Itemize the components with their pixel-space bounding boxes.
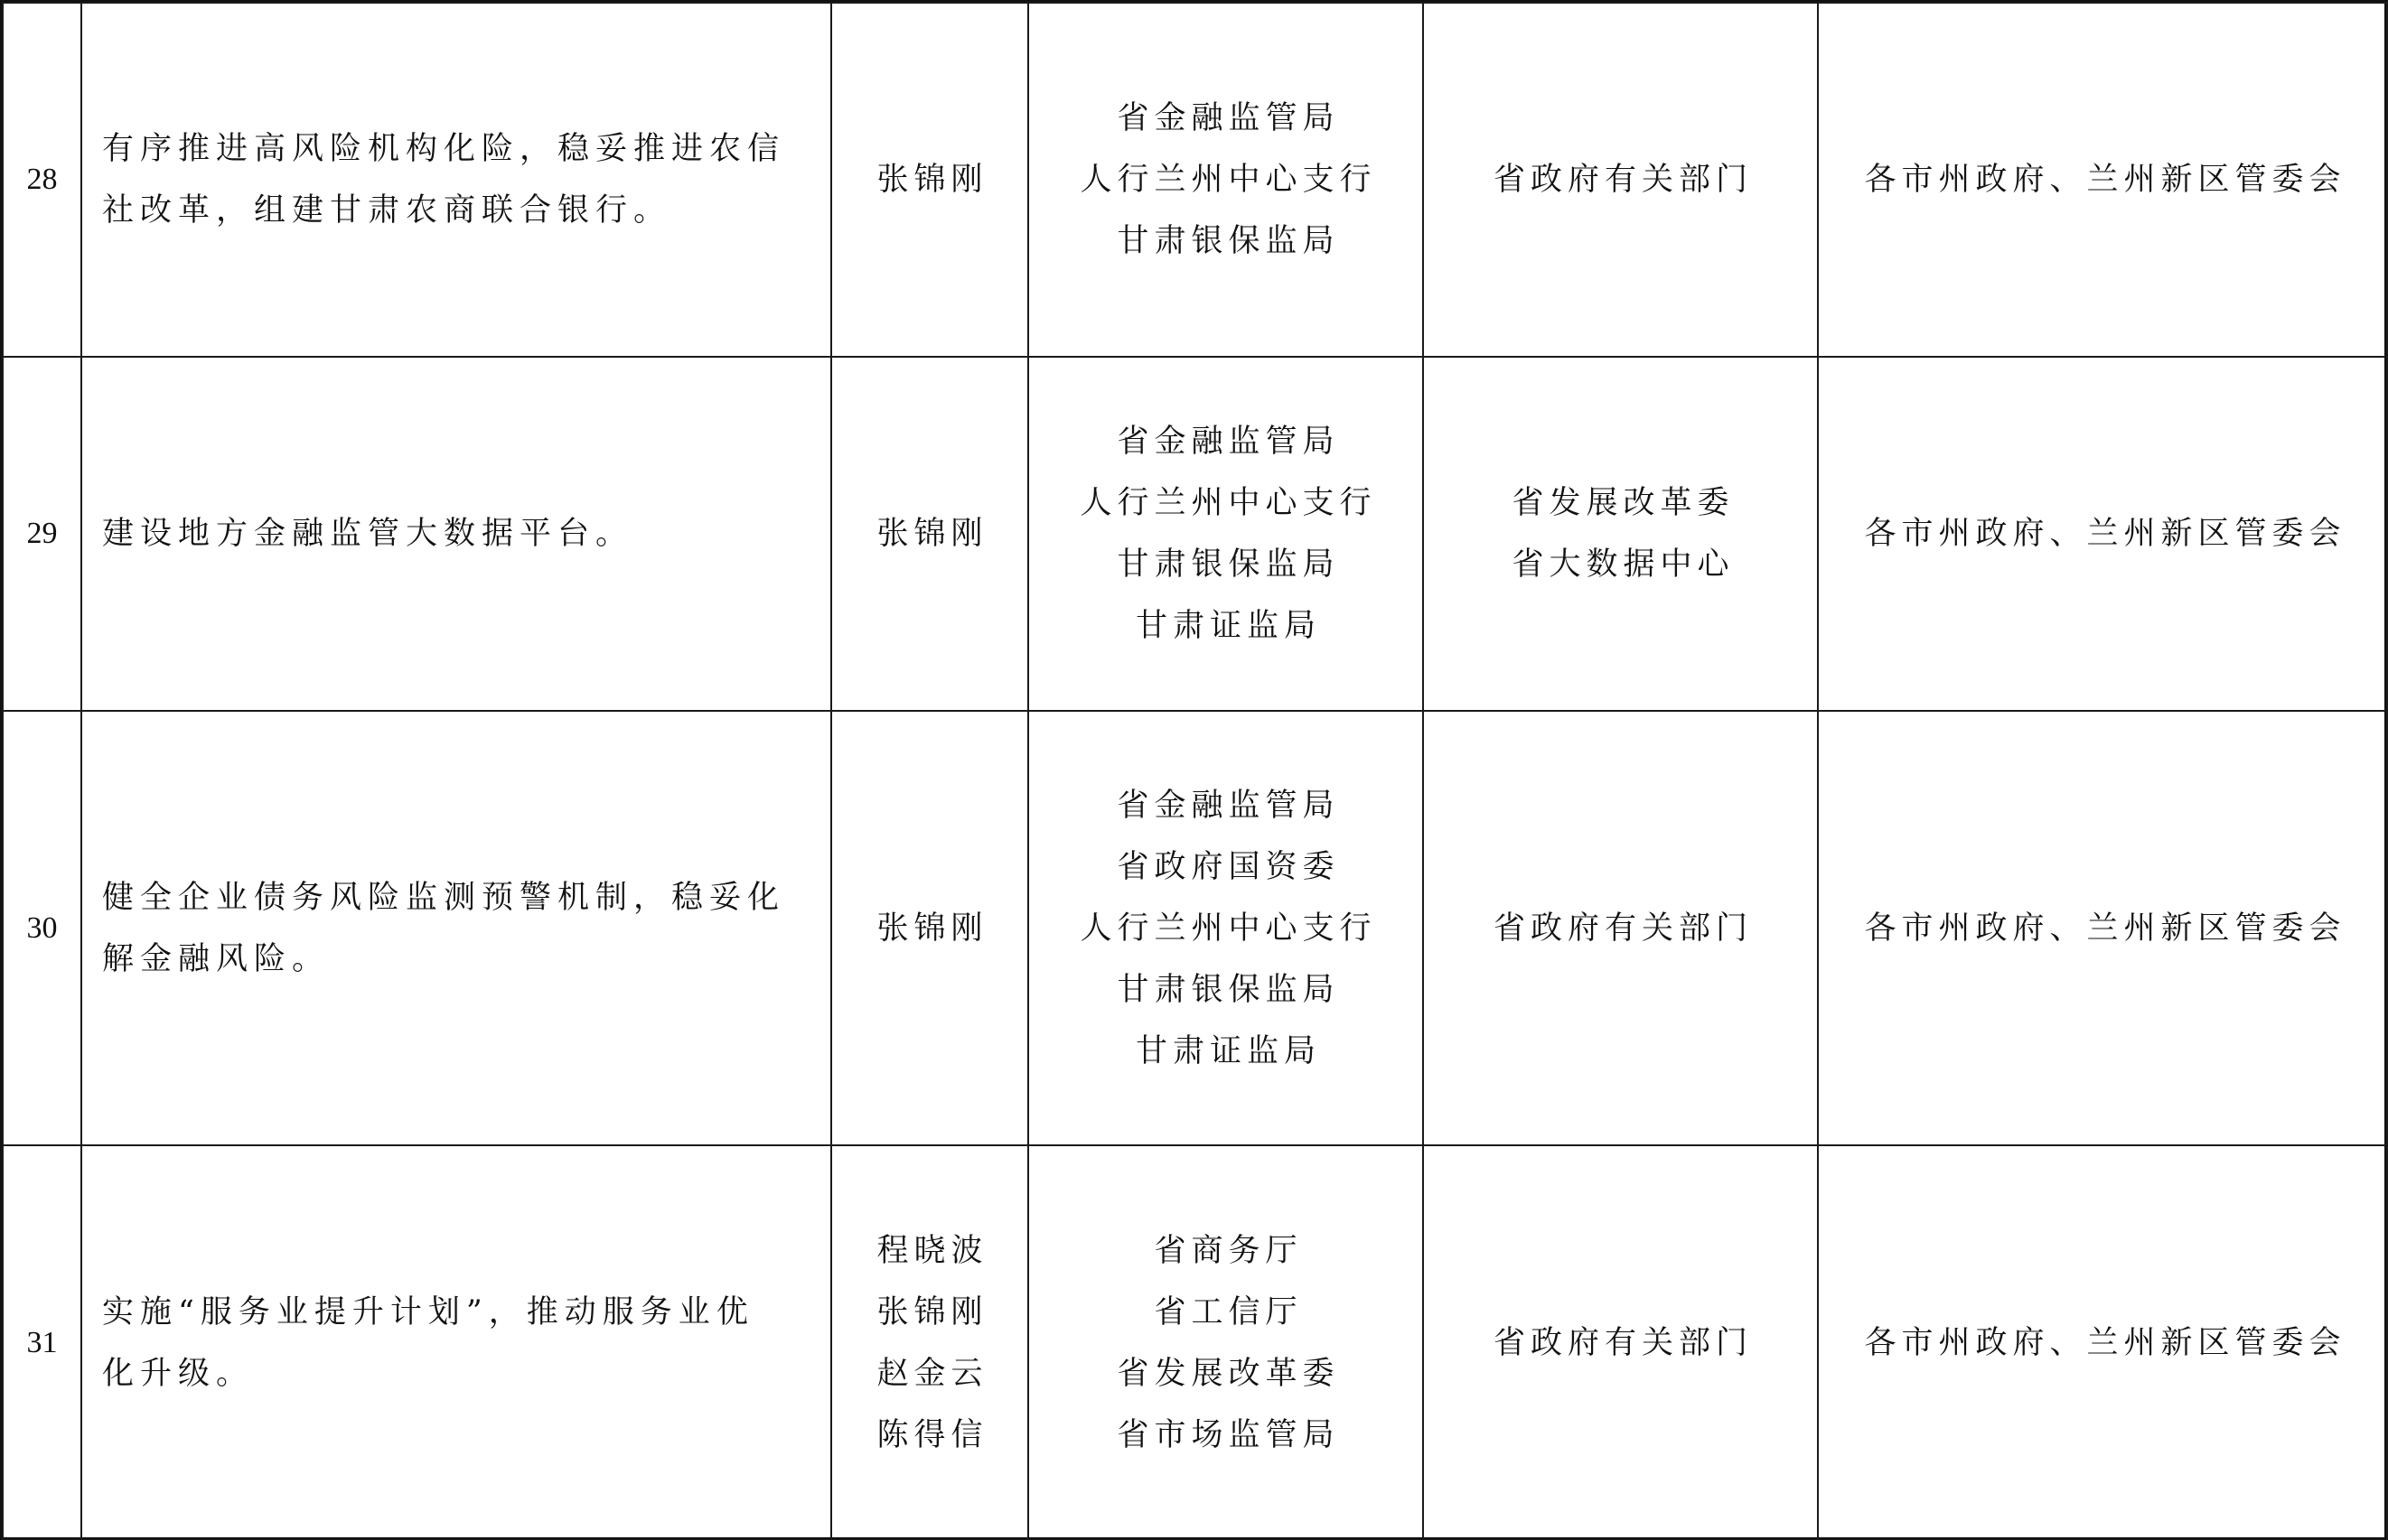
responsible-unit-cell-line: 各市州政府、兰州新区管委会 [1819, 503, 2386, 565]
participating-unit-cell: 省政府有关部门 [1423, 3, 1818, 357]
leader-cell-line: 张锦刚 [832, 503, 1027, 565]
participating-unit-cell-line: 省发展改革委 [1424, 472, 1817, 534]
participating-unit-cell: 省发展改革委省大数据中心 [1423, 357, 1818, 711]
leader-cell-line: 张锦刚 [832, 1282, 1027, 1343]
responsible-unit-cell-line: 各市州政府、兰州新区管委会 [1819, 898, 2386, 959]
leader-cell: 张锦刚 [831, 357, 1028, 711]
task-description-cell-line: 社改革，组建甘肃农商联合银行。 [102, 180, 821, 241]
lead-unit-cell-line: 人行兰州中心支行 [1029, 898, 1422, 959]
lead-unit-cell-line: 省金融监管局 [1029, 775, 1422, 836]
lead-unit-cell-line: 省金融监管局 [1029, 411, 1422, 472]
task-description-cell-line: 建设地方金融监管大数据平台。 [102, 503, 821, 565]
task-description-cell-line: 解金融风险。 [102, 929, 821, 990]
leader-cell-line: 程晓波 [832, 1220, 1027, 1282]
lead-unit-cell-line: 省发展改革委 [1029, 1343, 1422, 1405]
responsible-unit-cell: 各市州政府、兰州新区管委会 [1818, 3, 2387, 357]
lead-unit-cell-line: 甘肃银保监局 [1029, 534, 1422, 595]
task-description-cell-line: 有序推进高风险机构化险，稳妥推进农信 [102, 118, 821, 180]
task-description-cell: 有序推进高风险机构化险，稳妥推进农信社改革，组建甘肃农商联合银行。 [81, 3, 831, 357]
lead-unit-cell-line: 省市场监管局 [1029, 1405, 1422, 1466]
table-row: 28有序推进高风险机构化险，稳妥推进农信社改革，组建甘肃农商联合银行。张锦刚省金… [3, 3, 2387, 357]
lead-unit-cell: 省金融监管局省政府国资委人行兰州中心支行甘肃银保监局甘肃证监局 [1028, 711, 1423, 1145]
lead-unit-cell-line: 甘肃银保监局 [1029, 959, 1422, 1021]
lead-unit-cell-line: 甘肃银保监局 [1029, 210, 1422, 272]
leader-cell: 张锦刚 [831, 711, 1028, 1145]
row-number-cell: 30 [3, 711, 81, 1145]
task-assignment-table: 28有序推进高风险机构化险，稳妥推进农信社改革，组建甘肃农商联合银行。张锦刚省金… [2, 2, 2388, 1540]
responsible-unit-cell: 各市州政府、兰州新区管委会 [1818, 711, 2387, 1145]
participating-unit-cell: 省政府有关部门 [1423, 711, 1818, 1145]
table-row: 29建设地方金融监管大数据平台。张锦刚省金融监管局人行兰州中心支行甘肃银保监局甘… [3, 357, 2387, 711]
lead-unit-cell: 省商务厅省工信厅省发展改革委省市场监管局 [1028, 1145, 1423, 1540]
leader-cell-line: 赵金云 [832, 1343, 1027, 1405]
table-body: 28有序推进高风险机构化险，稳妥推进农信社改革，组建甘肃农商联合银行。张锦刚省金… [3, 3, 2387, 1540]
lead-unit-cell-line: 人行兰州中心支行 [1029, 149, 1422, 210]
task-description-cell-line: 健全企业债务风险监测预警机制，稳妥化 [102, 867, 821, 929]
row-number-cell: 31 [3, 1145, 81, 1540]
task-description-cell-line: 实施“服务业提升计划”，推动服务业优 [102, 1282, 821, 1343]
participating-unit-cell-line: 省政府有关部门 [1424, 898, 1817, 959]
lead-unit-cell: 省金融监管局人行兰州中心支行甘肃银保监局 [1028, 3, 1423, 357]
participating-unit-cell-line: 省大数据中心 [1424, 534, 1817, 595]
task-description-cell: 健全企业债务风险监测预警机制，稳妥化解金融风险。 [81, 711, 831, 1145]
row-number-cell: 28 [3, 3, 81, 357]
responsible-unit-cell-line: 各市州政府、兰州新区管委会 [1819, 1312, 2386, 1374]
lead-unit-cell-line: 省政府国资委 [1029, 836, 1422, 898]
lead-unit-cell-line: 人行兰州中心支行 [1029, 472, 1422, 534]
lead-unit-cell-line: 省金融监管局 [1029, 88, 1422, 149]
lead-unit-cell: 省金融监管局人行兰州中心支行甘肃银保监局甘肃证监局 [1028, 357, 1423, 711]
task-description-cell: 实施“服务业提升计划”，推动服务业优化升级。 [81, 1145, 831, 1540]
lead-unit-cell-line: 省工信厅 [1029, 1282, 1422, 1343]
table-row: 31实施“服务业提升计划”，推动服务业优化升级。程晓波张锦刚赵金云陈得信省商务厅… [3, 1145, 2387, 1540]
leader-cell-line: 陈得信 [832, 1405, 1027, 1466]
task-description-cell: 建设地方金融监管大数据平台。 [81, 357, 831, 711]
task-description-cell-line: 化升级。 [102, 1343, 821, 1405]
leader-cell: 程晓波张锦刚赵金云陈得信 [831, 1145, 1028, 1540]
responsible-unit-cell: 各市州政府、兰州新区管委会 [1818, 1145, 2387, 1540]
participating-unit-cell-line: 省政府有关部门 [1424, 1312, 1817, 1374]
responsible-unit-cell-line: 各市州政府、兰州新区管委会 [1819, 149, 2386, 210]
leader-cell: 张锦刚 [831, 3, 1028, 357]
participating-unit-cell: 省政府有关部门 [1423, 1145, 1818, 1540]
participating-unit-cell-line: 省政府有关部门 [1424, 149, 1817, 210]
leader-cell-line: 张锦刚 [832, 149, 1027, 210]
leader-cell-line: 张锦刚 [832, 898, 1027, 959]
row-number-cell: 29 [3, 357, 81, 711]
lead-unit-cell-line: 甘肃证监局 [1029, 595, 1422, 657]
lead-unit-cell-line: 甘肃证监局 [1029, 1021, 1422, 1082]
lead-unit-cell-line: 省商务厅 [1029, 1220, 1422, 1282]
responsible-unit-cell: 各市州政府、兰州新区管委会 [1818, 357, 2387, 711]
table-row: 30健全企业债务风险监测预警机制，稳妥化解金融风险。张锦刚省金融监管局省政府国资… [3, 711, 2387, 1145]
